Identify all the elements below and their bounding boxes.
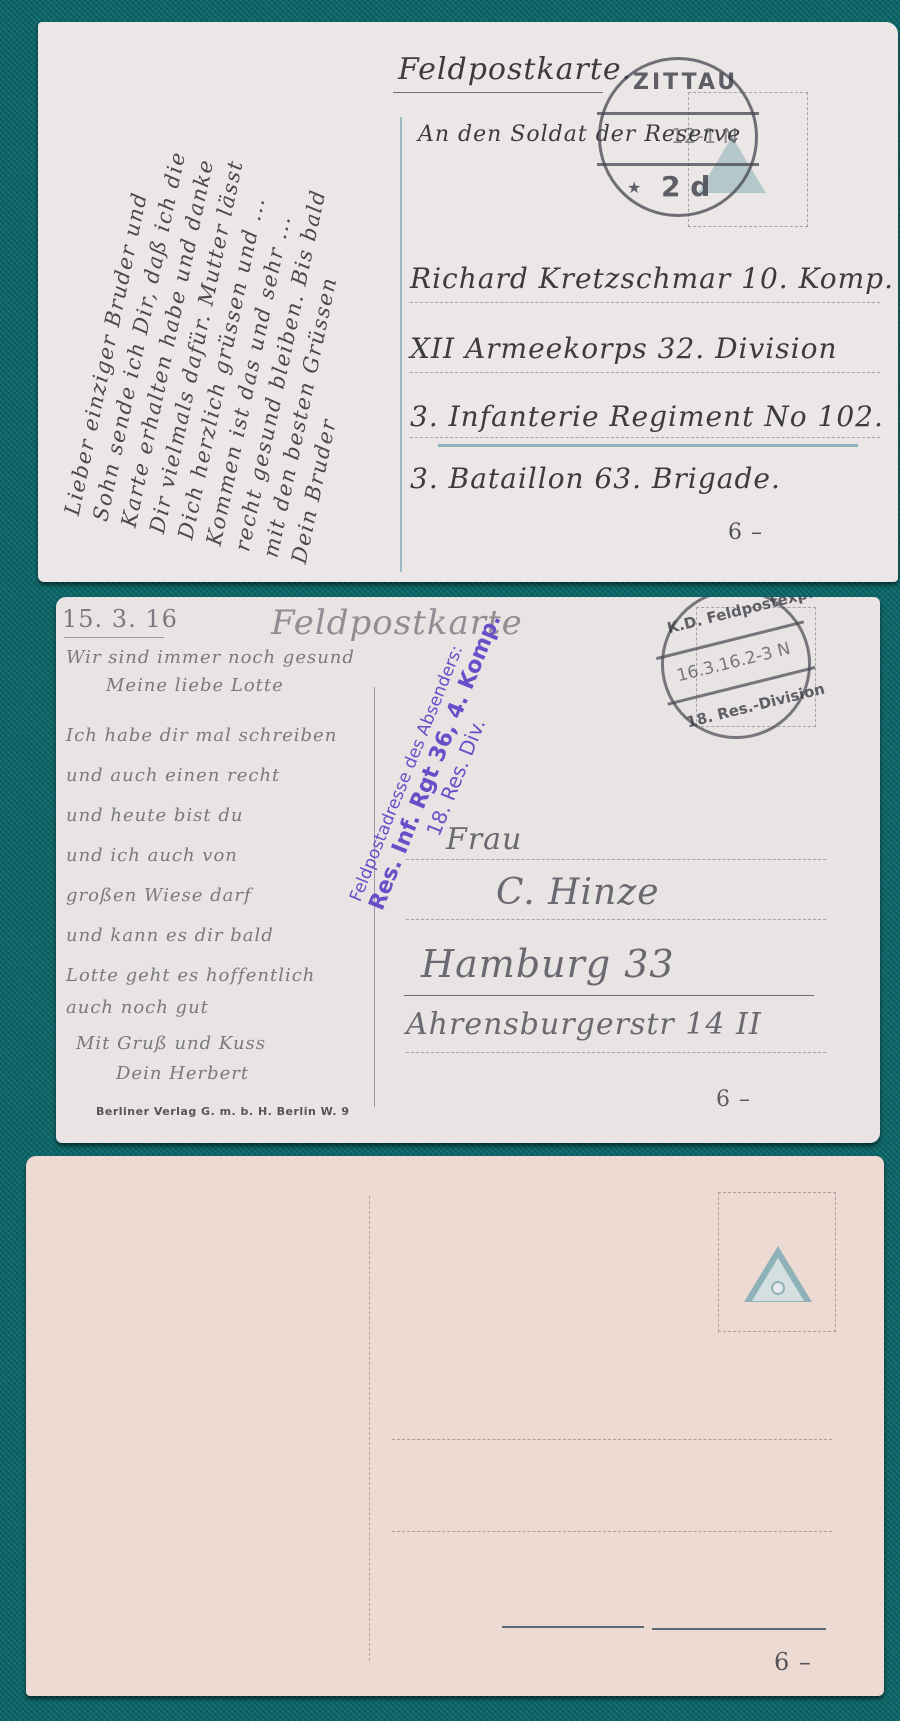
address-underline xyxy=(404,995,814,996)
address-rule xyxy=(410,302,880,303)
address-rule xyxy=(392,1439,832,1440)
postcard-2: 15. 3. 16 Feldpostkarte Wir sind immer n… xyxy=(56,597,880,1143)
message-line: Lotte geht es hoffentlich xyxy=(66,965,315,986)
postcard-heading: Feldpostkarte. xyxy=(398,52,632,87)
address-line-2: C. Hinze xyxy=(496,872,660,913)
message-line: Meine liebe Lotte xyxy=(106,675,284,696)
card-divider xyxy=(369,1196,370,1661)
address-rule xyxy=(410,372,880,373)
sender-stamp-line-2: Res. Inf. Rgt 36, 4. Komp. xyxy=(365,611,507,914)
address-rule xyxy=(406,919,826,920)
postmark-star: ★ xyxy=(627,178,641,197)
address-line-4: Ahrensburgerstr 14 II xyxy=(406,1007,762,1042)
price-note: 6 – xyxy=(774,1648,812,1676)
postcard-1-message: Lieber einziger Bruder und Sohn sende ic… xyxy=(58,139,393,566)
address-rule xyxy=(410,437,880,438)
feldpost-postmark: K.D. Feldpostexp. 16.3.16.2-3 N 18. Res.… xyxy=(645,597,827,755)
heading-underline xyxy=(393,92,603,93)
zittau-postmark: ZITTAU 12-1 N ★ 2 d xyxy=(598,57,758,217)
postmark-district: 2 d xyxy=(661,170,710,203)
address-line-3: Hamburg 33 xyxy=(421,942,675,986)
message-line: großen Wiese darf xyxy=(66,885,252,906)
heading-underline xyxy=(64,637,164,638)
message-line: und kann es dir bald xyxy=(66,925,274,946)
message-line: auch noch gut xyxy=(66,997,209,1018)
address-line-3: 3. Infanterie Regiment No 102. xyxy=(410,400,884,433)
price-note: 6 – xyxy=(728,520,763,545)
card-divider xyxy=(400,117,402,572)
address-rule xyxy=(406,859,826,860)
postcard-1: Lieber einziger Bruder und Sohn sende ic… xyxy=(38,22,898,582)
address-line-1: Frau xyxy=(446,822,522,857)
message-date: 15. 3. 16 xyxy=(62,605,178,633)
message-line: und heute bist du xyxy=(66,805,243,826)
address-underline xyxy=(652,1628,826,1630)
message-line: Wir sind immer noch gesund xyxy=(66,647,355,668)
price-note: 6 – xyxy=(716,1087,751,1112)
address-rule xyxy=(406,1052,826,1053)
address-line-2: XII Armeekorps 32. Division xyxy=(410,332,837,365)
postcard-3: 6 – xyxy=(26,1156,884,1696)
message-line: Ich habe dir mal schreiben xyxy=(66,725,337,746)
postmark-time: 12-1 N xyxy=(671,124,738,148)
message-line: Mit Gruß und Kuss xyxy=(76,1033,266,1054)
message-line: und ich auch von xyxy=(66,845,238,866)
message-line: und auch einen recht xyxy=(66,765,280,786)
message-line: Dein Herbert xyxy=(116,1063,249,1084)
address-rule xyxy=(392,1531,832,1532)
address-underline xyxy=(438,444,858,447)
address-line-1: Richard Kretzschmar 10. Komp. xyxy=(410,262,894,295)
address-underline xyxy=(502,1626,644,1628)
stamp-triangle-dot xyxy=(771,1281,785,1295)
postmark-town: ZITTAU xyxy=(633,70,738,95)
address-line-4: 3. Bataillon 63. Brigade. xyxy=(410,462,781,495)
publisher-imprint: Berliner Verlag G. m. b. H. Berlin W. 9 xyxy=(96,1105,350,1118)
